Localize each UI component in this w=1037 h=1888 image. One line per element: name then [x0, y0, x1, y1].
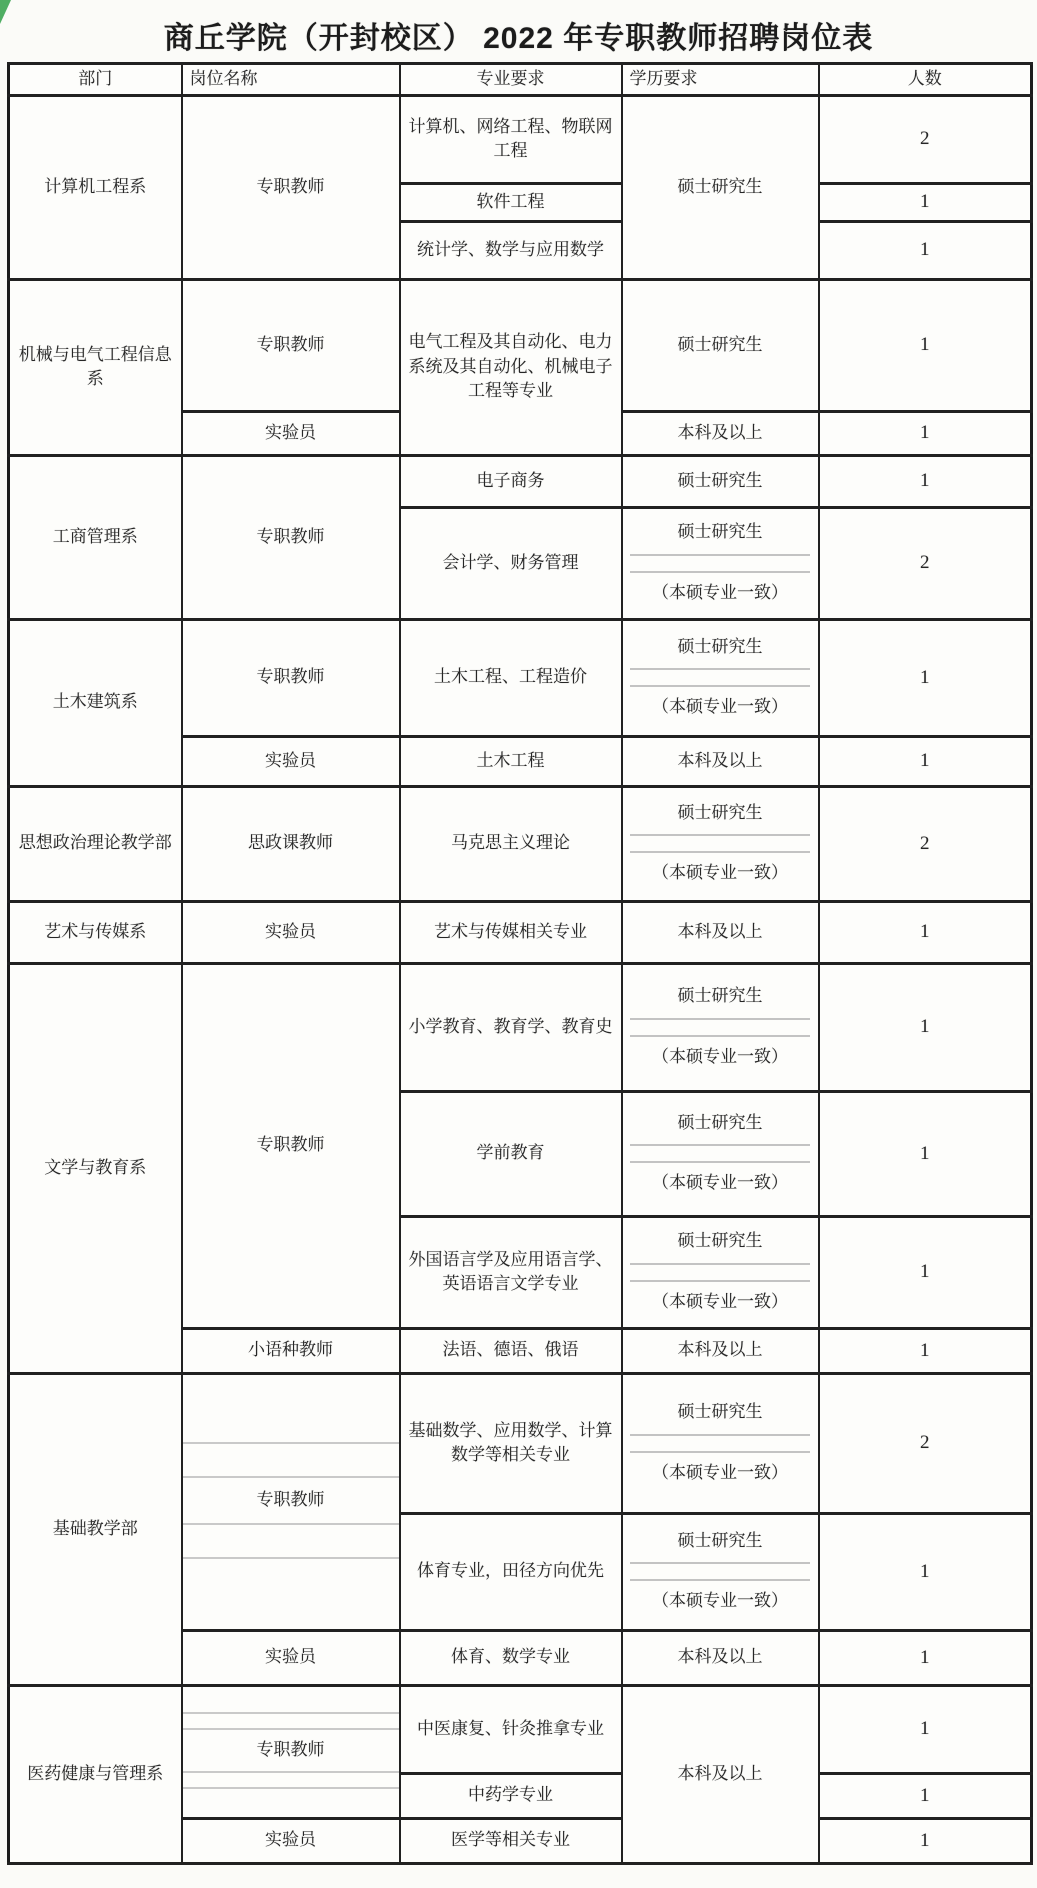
position-cell: 实验员	[182, 411, 400, 455]
major-cell: 软件工程	[400, 183, 622, 221]
count-cell: 1	[819, 455, 1032, 507]
major-cell: 体育专业，田径方向优先	[400, 1513, 622, 1630]
major-cell: 土木工程	[400, 736, 622, 786]
department-cell: 基础教学部	[9, 1373, 182, 1685]
count-cell: 1	[819, 221, 1032, 279]
education-cell: 硕士研究生 （本硕专业一致）	[622, 963, 819, 1091]
education-cell: 硕士研究生 （本硕专业一致）	[622, 507, 819, 619]
education-blank-strip	[630, 670, 809, 687]
education-bottom: （本硕专业一致）	[630, 1581, 809, 1623]
education-cell: 硕士研究生	[622, 455, 819, 507]
department-cell: 计算机工程系	[9, 95, 182, 279]
count-cell: 1	[819, 1685, 1032, 1773]
education-cell: 硕士研究生 （本硕专业一致）	[622, 1513, 819, 1630]
education-cell: 本科及以上	[622, 411, 819, 455]
count-cell: 1	[819, 1818, 1032, 1863]
position-cell: 专职教师	[182, 963, 400, 1328]
position-blank-strip	[183, 1398, 399, 1444]
education-cell: 本科及以上	[622, 901, 819, 963]
education-blank-strip	[630, 836, 809, 853]
education-cell: 硕士研究生	[622, 279, 819, 411]
position-blank-strip	[183, 1773, 399, 1789]
education-blank-strip	[630, 556, 809, 573]
education-blank-strip	[630, 1020, 809, 1037]
count-cell: 1	[819, 619, 1032, 736]
education-cell: 硕士研究生 （本硕专业一致）	[622, 786, 819, 901]
count-cell: 1	[819, 901, 1032, 963]
major-cell: 会计学、财务管理	[400, 507, 622, 619]
position-cell: 实验员	[182, 901, 400, 963]
major-cell: 外国语言学及应用语言学、英语语言文学专业	[400, 1216, 622, 1328]
position-cell: 专职教师	[182, 279, 400, 411]
education-blank-strip	[630, 1265, 809, 1282]
count-cell: 2	[819, 786, 1032, 901]
count-cell: 1	[819, 279, 1032, 411]
education-bottom: （本硕专业一致）	[630, 1453, 809, 1495]
education-top: 硕士研究生	[630, 1392, 809, 1436]
education-cell: 硕士研究生	[622, 95, 819, 279]
major-cell: 中医康复、针灸推拿专业	[400, 1685, 622, 1773]
major-cell: 电气工程及其自动化、电力系统及其自动化、机械电子工程等专业	[400, 279, 622, 455]
position-label: 专职教师	[183, 1730, 399, 1773]
table-row: 思想政治理论教学部 思政课教师 马克思主义理论 硕士研究生 （本硕专业一致） 2	[9, 786, 1032, 901]
count-cell: 1	[819, 411, 1032, 455]
major-cell: 电子商务	[400, 455, 622, 507]
count-cell: 1	[819, 1630, 1032, 1685]
position-blank-strip	[183, 1525, 399, 1559]
major-cell: 计算机、网络工程、物联网工程	[400, 95, 622, 183]
table-row: 艺术与传媒系 实验员 艺术与传媒相关专业 本科及以上 1	[9, 901, 1032, 963]
table-row: 机械与电气工程信息系 专职教师 电气工程及其自动化、电力系统及其自动化、机械电子…	[9, 279, 1032, 411]
education-cell: 本科及以上	[622, 1685, 819, 1863]
education-cell: 硕士研究生 （本硕专业一致）	[622, 1091, 819, 1216]
count-cell: 2	[819, 1373, 1032, 1513]
major-cell: 体育、数学专业	[400, 1630, 622, 1685]
table-header-row: 部门 岗位名称 专业要求 学历要求 人数	[9, 64, 1032, 96]
education-blank-strip	[630, 1146, 809, 1163]
major-cell: 土木工程、工程造价	[400, 619, 622, 736]
position-label: 专职教师	[183, 1478, 399, 1525]
position-cell: 实验员	[182, 1630, 400, 1685]
count-cell: 2	[819, 95, 1032, 183]
education-bottom: （本硕专业一致）	[630, 1163, 809, 1205]
count-cell: 1	[819, 183, 1032, 221]
education-bottom: （本硕专业一致）	[630, 1037, 809, 1079]
table-row: 土木建筑系 专职教师 土木工程、工程造价 硕士研究生 （本硕专业一致） 1	[9, 619, 1032, 736]
table-row: 医药健康与管理系 专职教师 中医康复、针灸推拿专业 本科及以上 1	[9, 1685, 1032, 1773]
department-cell: 文学与教育系	[9, 963, 182, 1373]
table-row: 文学与教育系 专职教师 小学教育、教育学、教育史 硕士研究生 （本硕专业一致） …	[9, 963, 1032, 1091]
education-cell: 硕士研究生 （本硕专业一致）	[622, 619, 819, 736]
education-cell: 本科及以上	[622, 1328, 819, 1373]
education-bottom: （本硕专业一致）	[630, 1282, 809, 1324]
position-blank-strip	[183, 1444, 399, 1478]
major-cell: 小学教育、教育学、教育史	[400, 963, 622, 1091]
major-cell: 中药学专业	[400, 1773, 622, 1818]
count-cell: 1	[819, 1773, 1032, 1818]
position-blank-strip	[183, 1714, 399, 1730]
department-cell: 艺术与传媒系	[9, 901, 182, 963]
major-cell: 法语、德语、俄语	[400, 1328, 622, 1373]
department-cell: 机械与电气工程信息系	[9, 279, 182, 455]
position-cell: 专职教师	[182, 455, 400, 619]
column-header-major: 专业要求	[400, 64, 622, 96]
position-blank-strip	[183, 1559, 399, 1605]
major-cell: 马克思主义理论	[400, 786, 622, 901]
education-cell: 硕士研究生 （本硕专业一致）	[622, 1373, 819, 1513]
table-row: 计算机工程系 专职教师 计算机、网络工程、物联网工程 硕士研究生 2	[9, 95, 1032, 183]
education-blank-strip	[630, 1436, 809, 1453]
column-header-count: 人数	[819, 64, 1032, 96]
position-blank-strip	[183, 1789, 399, 1809]
position-cell: 小语种教师	[182, 1328, 400, 1373]
position-cell: 专职教师	[182, 619, 400, 736]
education-top: 硕士研究生	[630, 793, 809, 837]
education-bottom: （本硕专业一致）	[630, 853, 809, 895]
education-cell: 本科及以上	[622, 736, 819, 786]
major-cell: 学前教育	[400, 1091, 622, 1216]
position-cell: 实验员	[182, 736, 400, 786]
major-cell: 医学等相关专业	[400, 1818, 622, 1863]
position-cell: 实验员	[182, 1818, 400, 1863]
major-cell: 艺术与传媒相关专业	[400, 901, 622, 963]
department-cell: 土木建筑系	[9, 619, 182, 786]
education-bottom: （本硕专业一致）	[630, 687, 809, 729]
education-top: 硕士研究生	[630, 512, 809, 556]
education-cell: 本科及以上	[622, 1630, 819, 1685]
education-top: 硕士研究生	[630, 976, 809, 1020]
department-cell: 医药健康与管理系	[9, 1685, 182, 1863]
count-cell: 1	[819, 963, 1032, 1091]
column-header-department: 部门	[9, 64, 182, 96]
major-cell: 统计学、数学与应用数学	[400, 221, 622, 279]
page-title: 商丘学院（开封校区） 2022 年专职教师招聘岗位表	[0, 0, 1037, 62]
education-top: 硕士研究生	[630, 627, 809, 671]
department-cell: 工商管理系	[9, 455, 182, 619]
position-cell: 思政课教师	[182, 786, 400, 901]
education-bottom: （本硕专业一致）	[630, 573, 809, 615]
recruitment-table: 部门 岗位名称 专业要求 学历要求 人数 计算机工程系 专职教师 计算机、网络工…	[7, 62, 1033, 1865]
column-header-position: 岗位名称	[182, 64, 400, 96]
corner-green-mark	[0, 0, 11, 24]
count-cell: 1	[819, 736, 1032, 786]
education-blank-strip	[630, 1564, 809, 1581]
count-cell: 1	[819, 1328, 1032, 1373]
position-cell: 专职教师	[182, 1685, 400, 1818]
count-cell: 1	[819, 1091, 1032, 1216]
education-top: 硕士研究生	[630, 1103, 809, 1147]
table-row: 基础教学部 专职教师 基础数学、应用数学、计算数学等相关专业 硕士研究生 （本硕…	[9, 1373, 1032, 1513]
count-cell: 1	[819, 1513, 1032, 1630]
position-cell: 专职教师	[182, 1373, 400, 1630]
education-top: 硕士研究生	[630, 1221, 809, 1265]
position-blank-strip	[183, 1694, 399, 1714]
count-cell: 1	[819, 1216, 1032, 1328]
position-cell: 专职教师	[182, 95, 400, 279]
table-row: 工商管理系 专职教师 电子商务 硕士研究生 1	[9, 455, 1032, 507]
major-cell: 基础数学、应用数学、计算数学等相关专业	[400, 1373, 622, 1513]
education-cell: 硕士研究生 （本硕专业一致）	[622, 1216, 819, 1328]
column-header-education: 学历要求	[622, 64, 819, 96]
education-top: 硕士研究生	[630, 1521, 809, 1565]
department-cell: 思想政治理论教学部	[9, 786, 182, 901]
count-cell: 2	[819, 507, 1032, 619]
